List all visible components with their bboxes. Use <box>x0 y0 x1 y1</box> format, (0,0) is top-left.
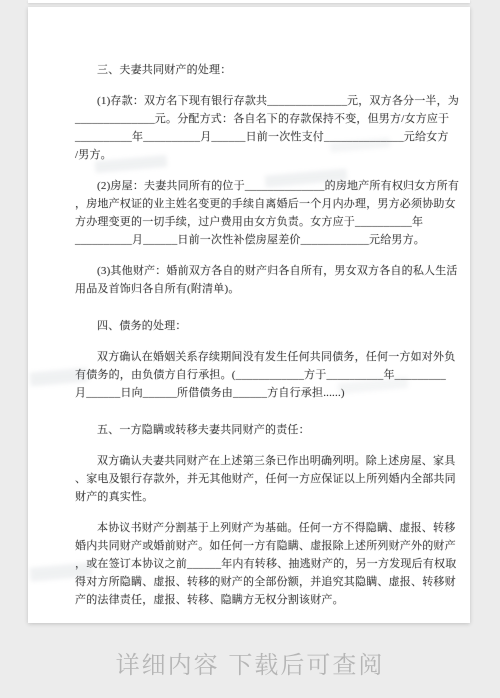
doc-line: (3)其他财产：婚前双方各自的财产归各自所有，男女双方各自的私人生活 <box>75 262 445 280</box>
section-heading: 四、债务的处理： <box>75 317 445 335</box>
paragraph: 双方确认在婚姻关系存续期间没有发生任何共同债务，任何一方如对外负有债务的，由负债… <box>75 348 445 402</box>
paragraph: 本协议书财产分割基于上列财产为基础。任何一方不得隐瞒、虚报、转移婚内共同财产或婚… <box>75 519 445 609</box>
document-page: 三、夫妻共同财产的处理：(1)存款：双方名下现有银行存款共___________… <box>28 7 470 623</box>
footer-caption: 详细内容 下载后可查阅 <box>0 651 500 681</box>
section-heading: 三、夫妻共同财产的处理： <box>75 61 445 79</box>
paragraph: (3)其他财产：婚前双方各自的财产归各自所有，男女双方各自的私人生活用品及首饰归… <box>75 262 445 298</box>
section-heading: 五、一方隐瞒或转移夫妻共同财产的责任： <box>75 421 445 439</box>
paragraph: 双方确认夫妻共同财产在上述第三条已作出明确列明。除上述房屋、家具、家电及银行存款… <box>75 452 445 506</box>
previous-page-edge <box>28 0 470 3</box>
doc-line: ______________元。分配方式：各自名下的存款保持不变，但男方/女方应… <box>75 110 445 128</box>
doc-line: 方办理变更的一切手续，过户费用由女方负责。女方应于__________年 <box>75 213 445 231</box>
paragraph: (1)存款：双方名下现有银行存款共______________元，双方各分一半，… <box>75 92 445 164</box>
paragraph: (2)房屋：夫妻共同所有的位于______________的房地产所有权归女方所… <box>75 177 445 249</box>
doc-line: 双方确认夫妻共同财产在上述第三条已作出明确列明。除上述房屋、家具 <box>75 452 445 470</box>
doc-line: 双方确认在婚姻关系存续期间没有发生任何共同债务，任何一方如对外负 <box>75 348 445 366</box>
doc-line: 婚内共同财产或婚前财产。如任何一方有隐瞒、虚报除上述所列财产外的财产 <box>75 537 445 555</box>
doc-line: __________月______日前一次性补偿房屋差价____________… <box>75 231 445 249</box>
doc-line: (1)存款：双方名下现有银行存款共______________元，双方各分一半，… <box>75 92 445 110</box>
doc-line: 、家电及银行存款外，并无其他财产，任何一方应保证以上所列婚内全部共同 <box>75 470 445 488</box>
doc-line: ，或在签订本协议之前______年内有转移、抽逃财产的，另一方发现后有权取 <box>75 555 445 573</box>
doc-line: 财产的真实性。 <box>75 488 445 506</box>
doc-line: 产的法律责任，虚报、转移、隐瞒方无权分割该财产。 <box>75 591 445 609</box>
doc-line: 得对方所隐瞒、虚报、转移的财产的全部份额，并追究其隐瞒、虚报、转移财 <box>75 573 445 591</box>
doc-line: (2)房屋：夫妻共同所有的位于______________的房地产所有权归女方所… <box>75 177 445 195</box>
doc-line: 本协议书财产分割基于上列财产为基础。任何一方不得隐瞒、虚报、转移 <box>75 519 445 537</box>
doc-line: ，房地产权证的业主姓名变更的手续自离婚后一个月内办理，男方必须协助女 <box>75 195 445 213</box>
doc-line: 用品及首饰归各自所有(附清单)。 <box>75 280 445 298</box>
